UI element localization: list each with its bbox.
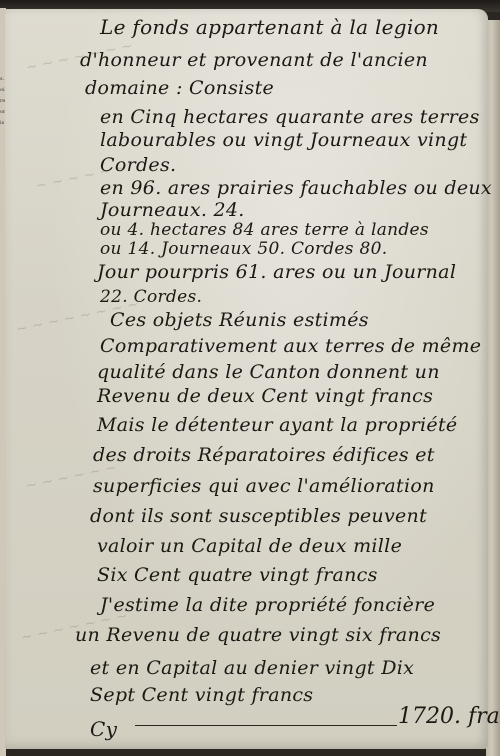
manuscript-line: domaine : Consiste xyxy=(85,77,274,99)
manuscript-line: en Cinq hectares quarante ares terres xyxy=(100,106,480,128)
page-edge-stack xyxy=(486,20,500,756)
manuscript-line: Cy xyxy=(90,717,117,741)
manuscript-line: ou 4. hectares 84 ares terre à landes xyxy=(100,220,429,240)
manuscript-line: superficies qui avec l'amélioration xyxy=(93,475,435,497)
manuscript-line: Journeaux. 24. xyxy=(100,199,245,221)
manuscript-line: valoir un Capital de deux mille xyxy=(97,535,402,557)
manuscript-line: J'estime la dite propriété foncière xyxy=(100,594,435,616)
manuscript-line: 22. Cordes. xyxy=(100,287,202,307)
manuscript-line: Sept Cent vingt francs xyxy=(90,684,313,706)
manuscript-line: Le fonds appartenant à la legion xyxy=(100,15,439,39)
manuscript-line: Cordes. xyxy=(100,154,176,176)
manuscript-line: labourables ou vingt Journeaux vingt xyxy=(100,129,467,151)
manuscript-line: Revenu de deux Cent vingt francs xyxy=(97,385,433,407)
manuscript-line: en 96. ares prairies fauchables ou deux xyxy=(100,177,492,199)
total-amount: 1720. francs xyxy=(398,704,500,729)
manuscript-line: dont ils sont susceptibles peuvent xyxy=(90,505,427,527)
manuscript-line: qualité dans le Canton donnent un xyxy=(97,361,440,383)
manuscript-page: ~ ~ ~ ~ ~ ~ ~ ~ ~ ~ ~ ~ ~ ~ ~ ~ ~ ~ ~ ~ … xyxy=(5,9,488,749)
manuscript-line: un Revenu de quatre vingt six francs xyxy=(75,624,441,646)
manuscript-line: Ces objets Réunis estimés xyxy=(110,309,369,331)
manuscript-line: des droits Réparatoires édifices et xyxy=(93,444,435,466)
manuscript-line: ou 14. Journeaux 50. Cordes 80. xyxy=(100,239,387,259)
manuscript-line: Comparativement aux terres de même xyxy=(100,335,481,357)
manuscript-line: Mais le détenteur ayant la propriété xyxy=(97,414,457,436)
manuscript-line: d'honneur et provenant de l'ancien xyxy=(80,49,428,71)
total-rule xyxy=(135,725,397,726)
manuscript-line: Six Cent quatre vingt francs xyxy=(97,564,378,586)
manuscript-line: et en Capital au denier vingt Dix xyxy=(90,657,414,679)
manuscript-line: Jour pourpris 61. ares ou un Journal xyxy=(97,261,456,283)
